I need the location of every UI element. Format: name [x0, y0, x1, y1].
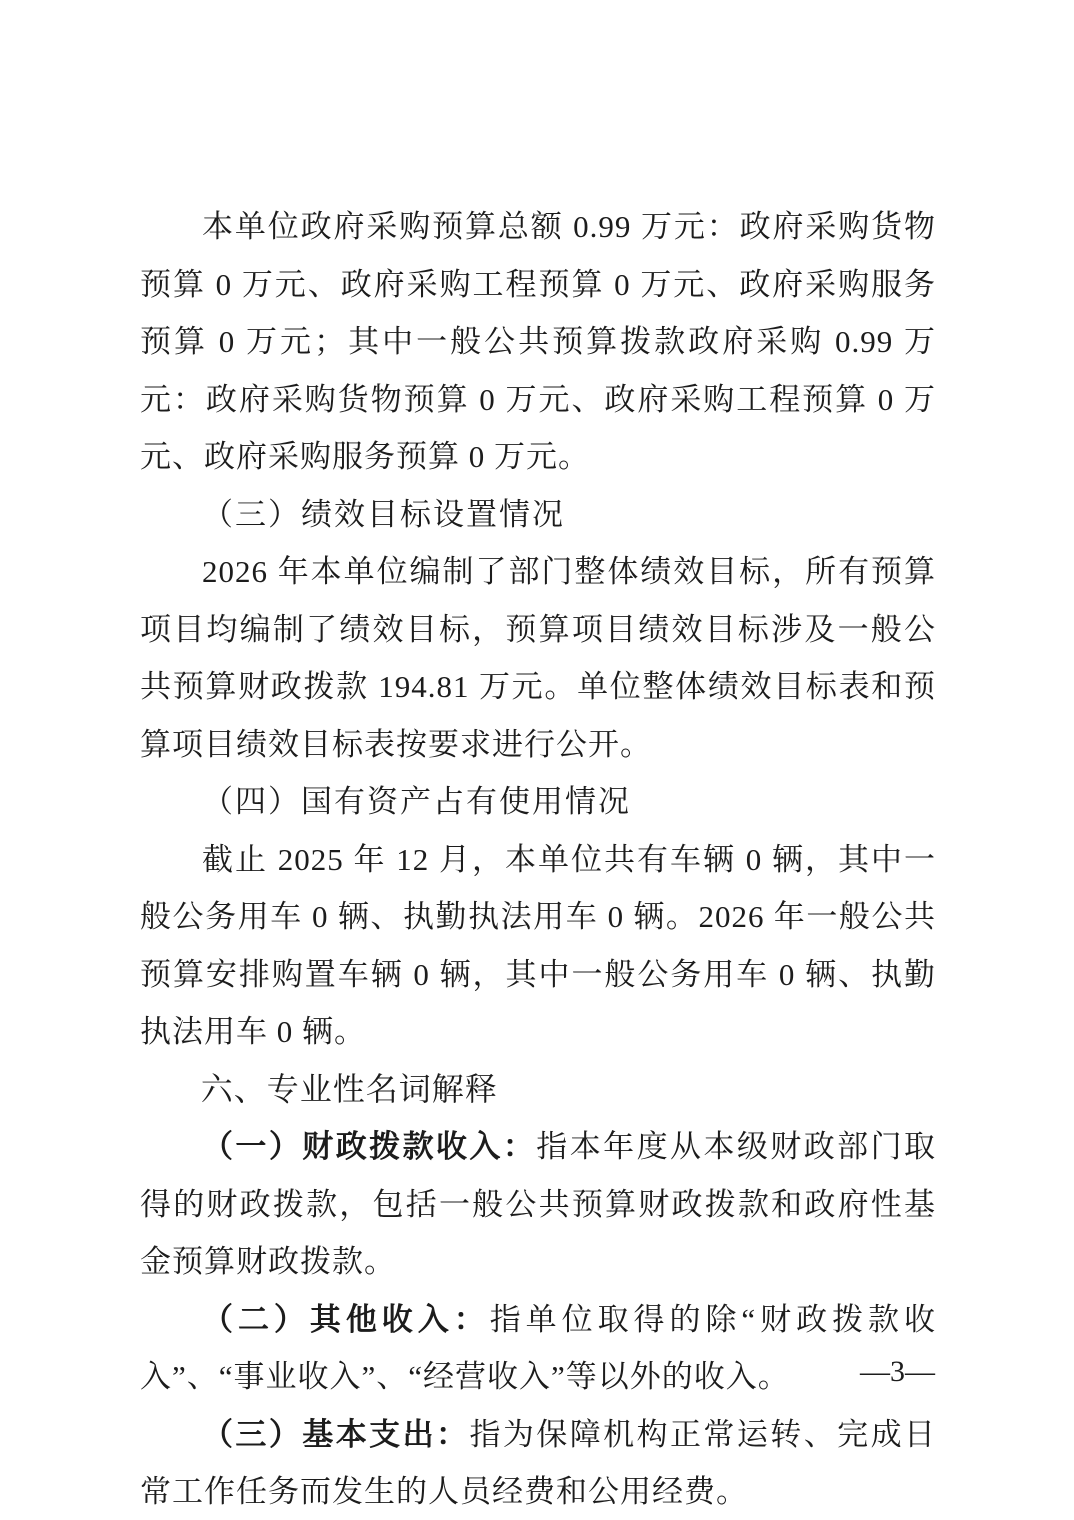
term-label-basic-expenditure: （三）基本支出：	[202, 1417, 469, 1452]
heading-section-4-state-assets: （四）国有资产占有使用情况	[140, 773, 936, 831]
page-number: —3—	[860, 1352, 935, 1392]
term-fiscal-appropriation-income: （一）财政拨款收入：指本年度从本级财政部门取得的财政拨款，包括一般公共预算财政拨…	[140, 1118, 936, 1291]
document-page: 本单位政府采购预算总额 0.99 万元：政府采购货物预算 0 万元、政府采购工程…	[0, 0, 1074, 1520]
term-label-fiscal-appropriation-income: （一）财政拨款收入：	[202, 1129, 536, 1164]
heading-section-3-performance-goals: （三）绩效目标设置情况	[140, 486, 936, 544]
document-content: 本单位政府采购预算总额 0.99 万元：政府采购货物预算 0 万元、政府采购工程…	[140, 198, 936, 1520]
paragraph-government-procurement-budget: 本单位政府采购预算总额 0.99 万元：政府采购货物预算 0 万元、政府采购工程…	[140, 198, 936, 486]
term-label-other-income: （二）其他收入：	[202, 1302, 490, 1337]
term-other-income: （二）其他收入：指单位取得的除“财政拨款收入”、“事业收入”、“经营收入”等以外…	[140, 1291, 936, 1406]
term-basic-expenditure: （三）基本支出：指为保障机构正常运转、完成日常工作任务而发生的人员经费和公用经费…	[140, 1406, 936, 1520]
heading-chapter-6-terminology: 六、专业性名词解释	[140, 1061, 936, 1119]
paragraph-state-assets-vehicles: 截止 2025 年 12 月，本单位共有车辆 0 辆，其中一般公务用车 0 辆、…	[140, 831, 936, 1061]
paragraph-performance-goals: 2026 年本单位编制了部门整体绩效目标，所有预算项目均编制了绩效目标，预算项目…	[140, 543, 936, 773]
